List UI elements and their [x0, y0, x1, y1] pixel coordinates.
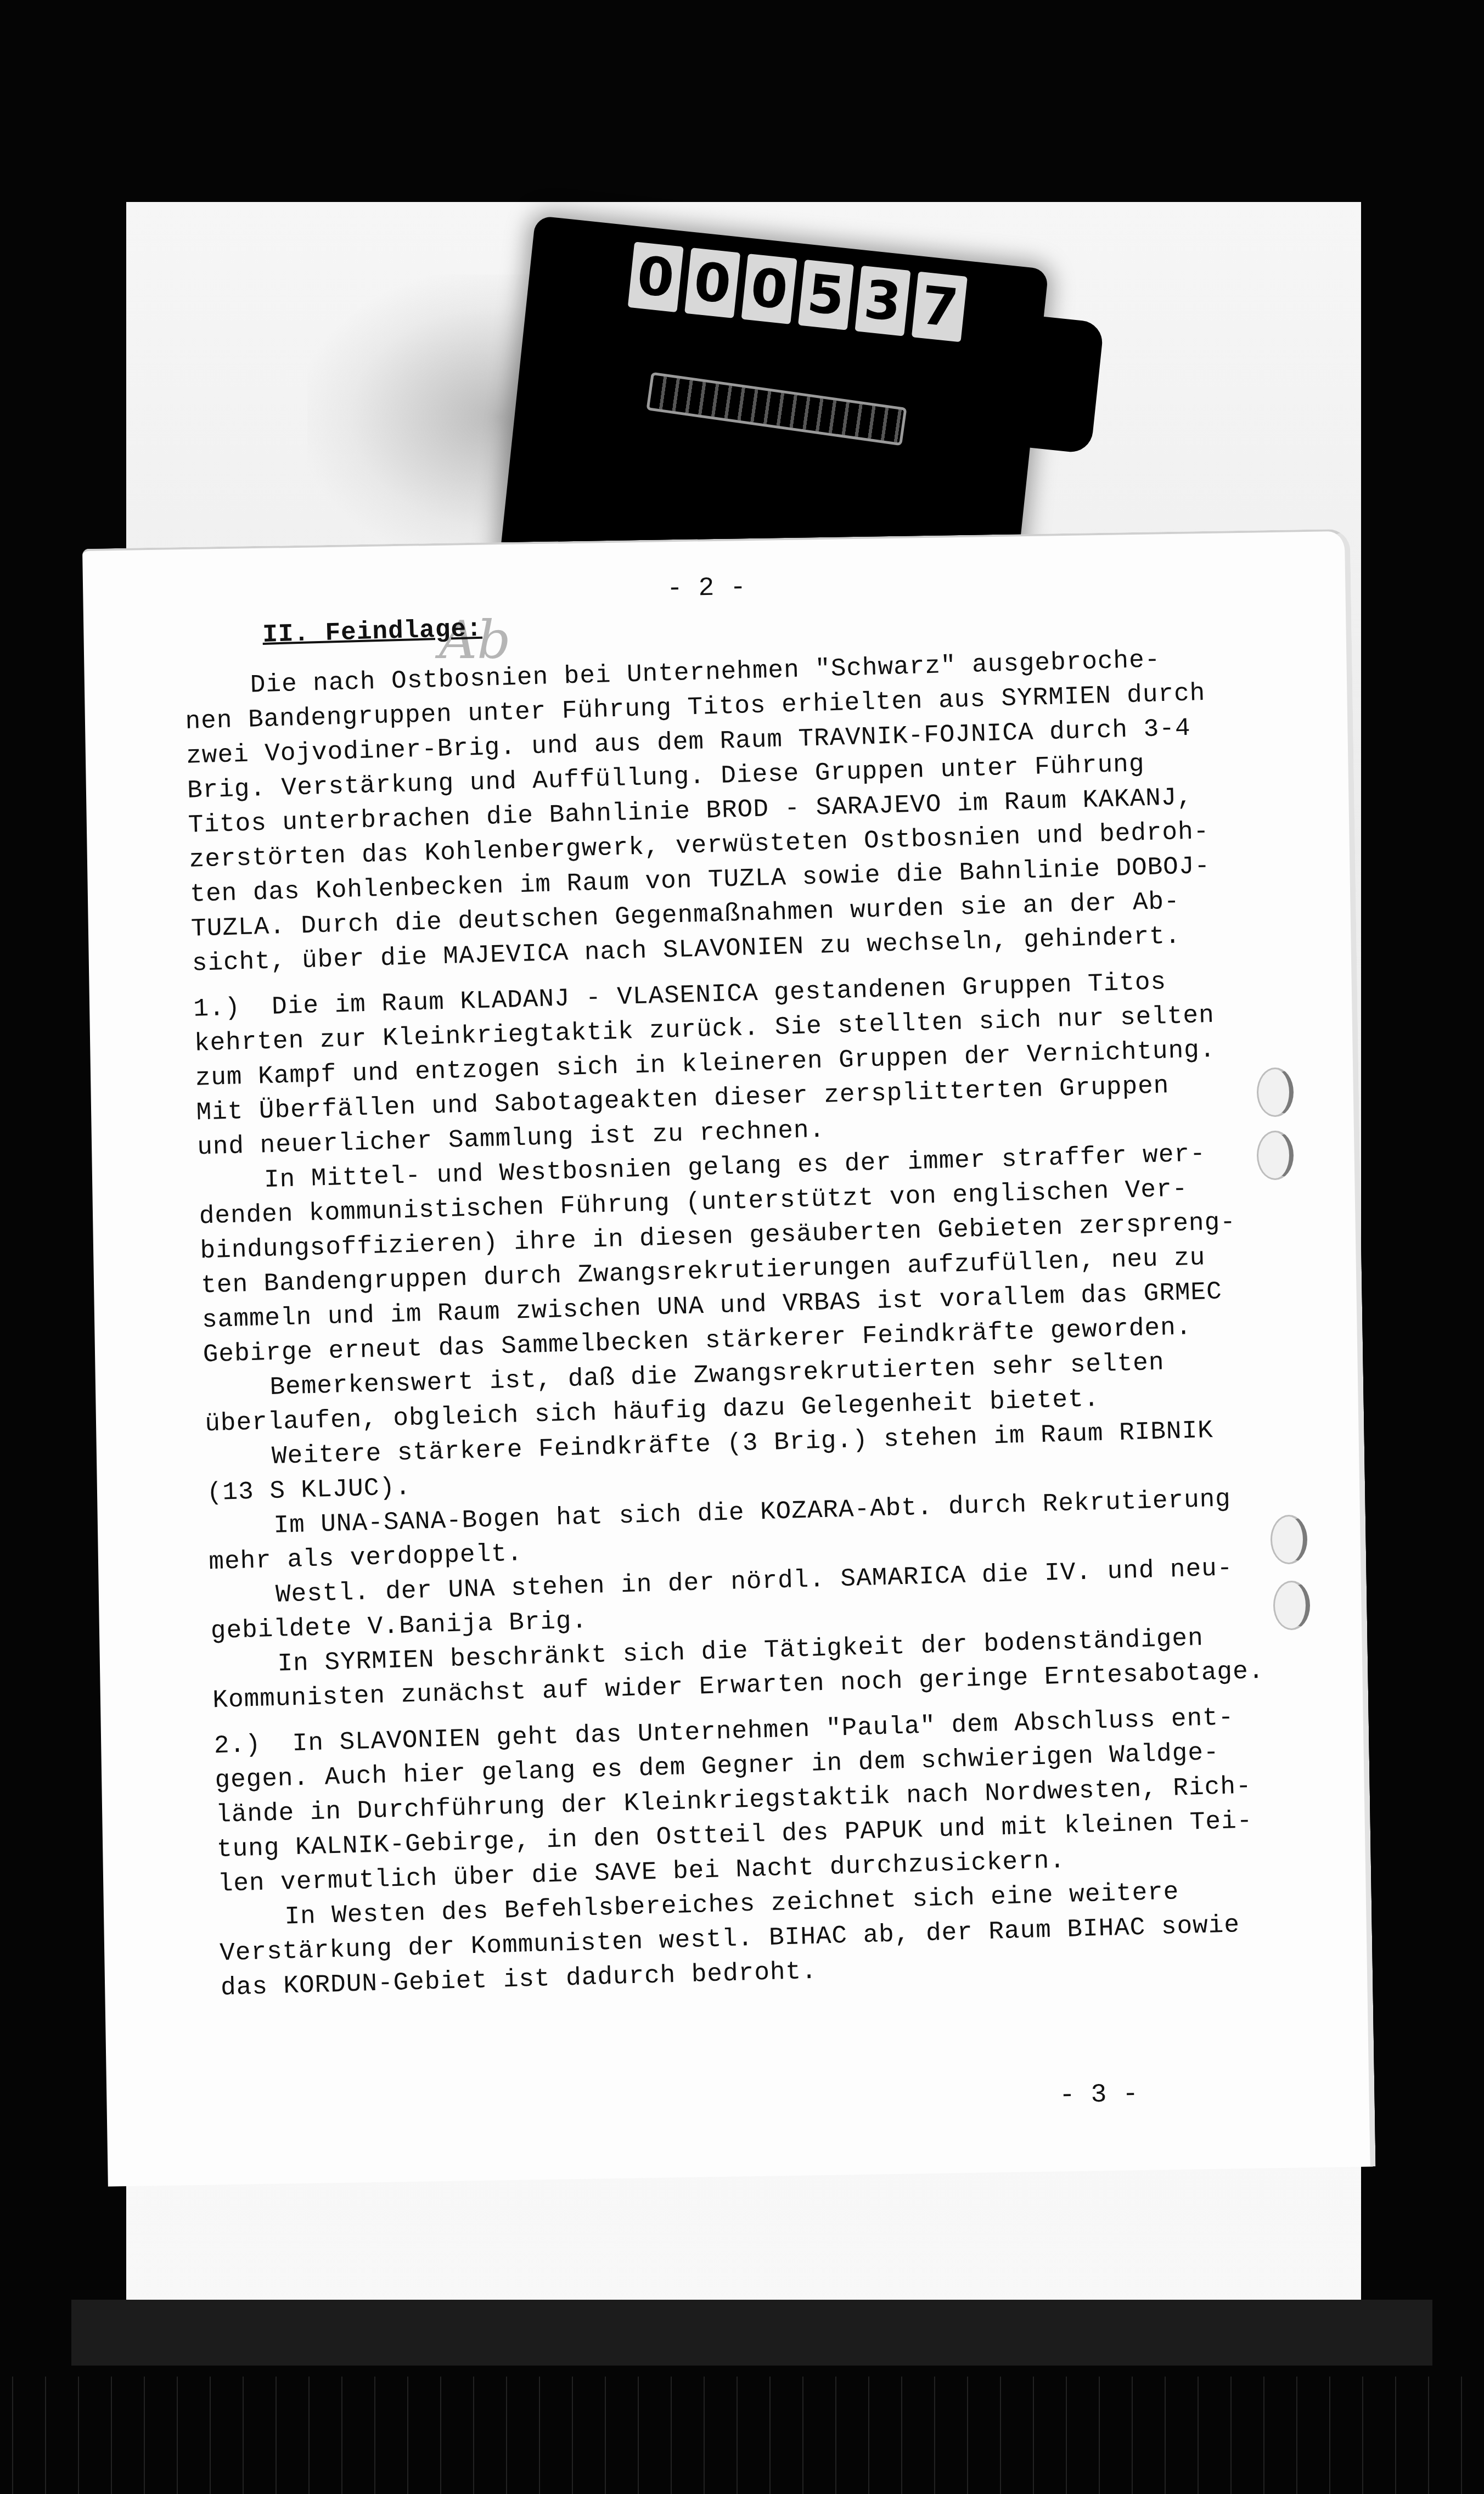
- counter-digit: 0: [684, 248, 740, 318]
- paragraph-mittelbosnien: In Mittel- und Westbosnien gelang es der…: [198, 1133, 1334, 1372]
- film-edge-strip: [71, 2300, 1432, 2366]
- paragraph-item-1: 1.) Die im Raum KLADANJ - VLASENICA gest…: [193, 960, 1328, 1165]
- document-body: II. Feindlage: Die nach Ostbosnien bei U…: [181, 539, 1351, 2005]
- counter-digit: 0: [628, 241, 684, 312]
- film-border: [0, 2377, 1484, 2494]
- paragraph-intro: Die nach Ostbosnien bei Unternehmen "Sch…: [184, 638, 1323, 981]
- counter-digit: 7: [912, 272, 968, 342]
- counter-digit: 5: [798, 260, 854, 330]
- counter-digit: 0: [741, 254, 797, 324]
- paragraph-item-2: 2.) In SLAVONIEN geht das Unternehmen "P…: [213, 1698, 1348, 1902]
- counter-digit: 3: [855, 266, 910, 336]
- counter-knob: [1009, 314, 1104, 454]
- page-number-bottom: - 3 -: [1059, 2080, 1139, 2111]
